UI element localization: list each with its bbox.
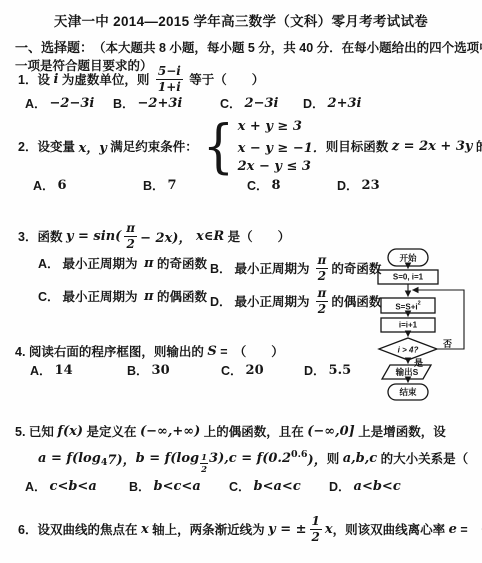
flowchart-no-label: 否 xyxy=(443,338,452,349)
pi-over-2-fraction: π2 xyxy=(316,254,329,282)
option-label: C． xyxy=(221,361,243,379)
q5-option-d: D．a<b<c xyxy=(329,477,401,495)
option-value: 14 xyxy=(55,363,73,378)
option-label: D． xyxy=(329,477,351,495)
option-label: B． xyxy=(210,259,232,277)
q2-option-d: D．23 xyxy=(337,176,380,194)
option-value: 5.5 xyxy=(329,363,352,378)
q4-option-b: B．30 xyxy=(127,361,170,379)
question-1: 1．设 i 为虚数单位，则 5−i1+i 等于（ ） xyxy=(18,64,264,94)
q3-tail: 是（ ） xyxy=(224,227,290,245)
q1-option-b: B．−2+3i xyxy=(113,94,182,112)
system-brace: { xyxy=(203,118,234,174)
q5-formula-line: a = f(log47)，b = f(log123),c = f(0.20.6)… xyxy=(38,444,482,472)
q5-lead: 5. 已知 xyxy=(15,422,57,440)
q1-fraction: 5−i1+i xyxy=(156,65,183,93)
option-value: b<a<c xyxy=(254,479,301,494)
exam-page: 天津一中 2014—2015 学年高三数学（文科）零月考考试试卷 一、选择题：（… xyxy=(0,0,482,563)
q3-fraction: π2 xyxy=(124,222,137,250)
question-6: 6．设双曲线的焦点在 x 轴上，两条渐近线为 y = ±12x，则该双曲线离心率… xyxy=(18,512,482,546)
log-base-half: 12 xyxy=(200,454,208,474)
section-header: 一、选择题：（本大题共 8 小题，每小题 5 分，共 40 分．在每小题给出的四… xyxy=(15,37,482,56)
flowchart-increment-label: i=i+1 xyxy=(399,321,418,330)
q6-asymptote-pre: y = ± xyxy=(268,522,306,537)
q4-option-d: D．5.5 xyxy=(304,361,351,379)
program-flowchart: 开始 S=0, i=1 S=S+i2 i=i+1 i > 4? 否 是 输出S … xyxy=(372,243,474,405)
q5-fx: f(x) xyxy=(57,424,83,439)
q5-option-c: C．b<a<c xyxy=(229,477,301,495)
option-label: A． xyxy=(30,361,52,379)
q4-option-a: A．14 xyxy=(30,361,73,379)
q2-option-b: B．7 xyxy=(143,176,177,194)
question-4: 4. 阅读右面的程序框图，则输出的 S = （ ） xyxy=(15,343,284,359)
q4-var-s: S xyxy=(207,344,216,359)
q3-option-d: D．最小正周期为π2的偶函数 xyxy=(210,287,384,315)
q3-expr-pre: y = sin( xyxy=(66,229,121,244)
section-label: 一、选择题： xyxy=(15,37,93,56)
exam-title: 天津一中 2014—2015 学年高三数学（文科）零月考考试试卷 xyxy=(0,10,482,30)
q1-option-d: D．2+3i xyxy=(303,94,361,112)
option-value: a<b<c xyxy=(354,479,401,494)
q2-option-c: C．8 xyxy=(247,176,281,194)
pi-over-2-fraction: π2 xyxy=(316,287,329,315)
q4-tail: = （ ） xyxy=(217,342,284,360)
q6-var-e: e xyxy=(449,522,457,537)
q1-tail: 等于（ ） xyxy=(186,70,264,88)
q2-mid: 满足约束条件： xyxy=(107,137,198,155)
q5-domain2: (−∞,0] xyxy=(307,424,355,439)
q6-var-x: x xyxy=(141,522,149,537)
flowchart-init-label: S=0, i=1 xyxy=(393,273,424,282)
option-label: B． xyxy=(113,94,135,112)
option-value: −2+3i xyxy=(138,96,183,111)
q1-option-a: A．−2−3i xyxy=(25,94,94,112)
q2-vars: x，y xyxy=(78,137,106,156)
q5-option-a: A．c<b<a xyxy=(25,477,97,495)
option-label: A． xyxy=(25,477,47,495)
option-label: B． xyxy=(127,361,149,379)
pi-symbol: π xyxy=(144,256,154,271)
q2-lead: 2．设变量 xyxy=(18,137,78,155)
constraint-row: 2x − y ≤ 3 xyxy=(238,159,311,174)
q3-domain: x∈R xyxy=(191,229,224,244)
option-label: C． xyxy=(220,94,242,112)
flowchart-end-label: 结束 xyxy=(399,387,417,397)
q1-option-c: C．2−3i xyxy=(220,94,278,112)
q1-mid: 为虚数单位，则 xyxy=(58,70,152,88)
option-label: B． xyxy=(143,176,165,194)
option-value: −2−3i xyxy=(50,96,95,111)
pi-symbol: π xyxy=(144,289,154,304)
q5-options: A．c<b<a B．b<c<a C．b<a<c D．a<b<c xyxy=(0,477,482,495)
option-label: C． xyxy=(38,287,60,305)
q6-lead: 6．设双曲线的焦点在 xyxy=(18,520,141,538)
q5-option-b: B．b<c<a xyxy=(129,477,201,495)
option-label: C． xyxy=(229,477,251,495)
q2-cont2: 的最小值为（ ） xyxy=(472,137,482,155)
question-3: 3．函数 y = sin(π2− 2x)， x∈R 是（ ） xyxy=(18,220,290,252)
flowchart-loop-back-line xyxy=(413,290,465,349)
question-2: 2．设变量 x，y 满足约束条件：{x + y ≥ 3x − y ≥ −1．2x… xyxy=(18,118,482,174)
exponent-0-6: 0.6 xyxy=(291,449,308,460)
q3-option-c: C．最小正周期为 π 的偶函数 xyxy=(38,287,210,305)
option-label: D． xyxy=(304,361,326,379)
option-value: b<c<a xyxy=(154,479,201,494)
flowchart-condition-label: i > 4? xyxy=(398,346,419,355)
option-label: D． xyxy=(337,176,359,194)
flowchart-start-label: 开始 xyxy=(399,253,417,263)
question-5: 5. 已知 f(x) 是定义在 (−∞,+∞) 上的偶函数，且在 (−∞,0] … xyxy=(15,423,446,439)
q2-objective: z = 2x + 3y xyxy=(392,139,473,154)
option-value: 6 xyxy=(58,178,67,193)
section-instructions: （本大题共 8 小题，每小题 5 分，共 40 分．在每小题给出的四个选项中，只… xyxy=(93,38,482,56)
q3-option-a: A．最小正周期为 π 的奇函数 xyxy=(38,254,210,272)
q5-domain1: (−∞,+∞) xyxy=(140,424,200,439)
option-value: c<b<a xyxy=(50,479,97,494)
q3-lead: 3．函数 xyxy=(18,227,66,245)
option-value: 7 xyxy=(168,178,177,193)
q6-tail: = （ ）. xyxy=(457,520,482,538)
option-value: 30 xyxy=(152,363,170,378)
q6-fraction: 12 xyxy=(310,515,322,543)
option-label: D． xyxy=(210,292,232,310)
q3-expr-post: − 2x)， xyxy=(140,227,191,246)
option-value: 2−3i xyxy=(245,96,279,111)
option-value: 8 xyxy=(272,178,281,193)
option-label: A． xyxy=(38,254,60,272)
q3-option-b: B．最小正周期为π2的奇函数 xyxy=(210,254,384,282)
constraint-row: x − y ≥ −1． xyxy=(238,137,326,156)
option-label: A． xyxy=(25,94,47,112)
q6-asymptote-post: x xyxy=(325,522,333,537)
constraint-row: x + y ≥ 3 xyxy=(238,119,302,134)
q1-options: A．−2−3i B．−2+3i C．2−3i D．2+3i xyxy=(0,94,482,112)
q2-cont1: 则目标函数 xyxy=(326,137,392,155)
flowchart-accumulate-label: S=S+i2 xyxy=(395,301,420,312)
option-value: 20 xyxy=(246,363,264,378)
option-label: A． xyxy=(33,176,55,194)
option-value: 23 xyxy=(362,178,380,193)
option-label: B． xyxy=(129,477,151,495)
option-label: C． xyxy=(247,176,269,194)
q4-lead: 4. 阅读右面的程序框图，则输出的 xyxy=(15,342,207,360)
option-label: D． xyxy=(303,94,325,112)
flowchart-output-label: 输出S xyxy=(395,367,419,377)
option-value: 2+3i xyxy=(328,96,362,111)
q2-options: A．6 B．7 C．8 D．23 xyxy=(0,176,482,194)
q2-option-a: A．6 xyxy=(33,176,67,194)
q5-abc: a,b,c xyxy=(343,451,377,466)
q1-lead: 1．设 xyxy=(18,70,53,88)
q4-option-c: C．20 xyxy=(221,361,264,379)
log-base-4: 4 xyxy=(101,457,108,468)
constraint-system: x + y ≥ 3x − y ≥ −1．2x − y ≤ 3 xyxy=(238,119,326,174)
